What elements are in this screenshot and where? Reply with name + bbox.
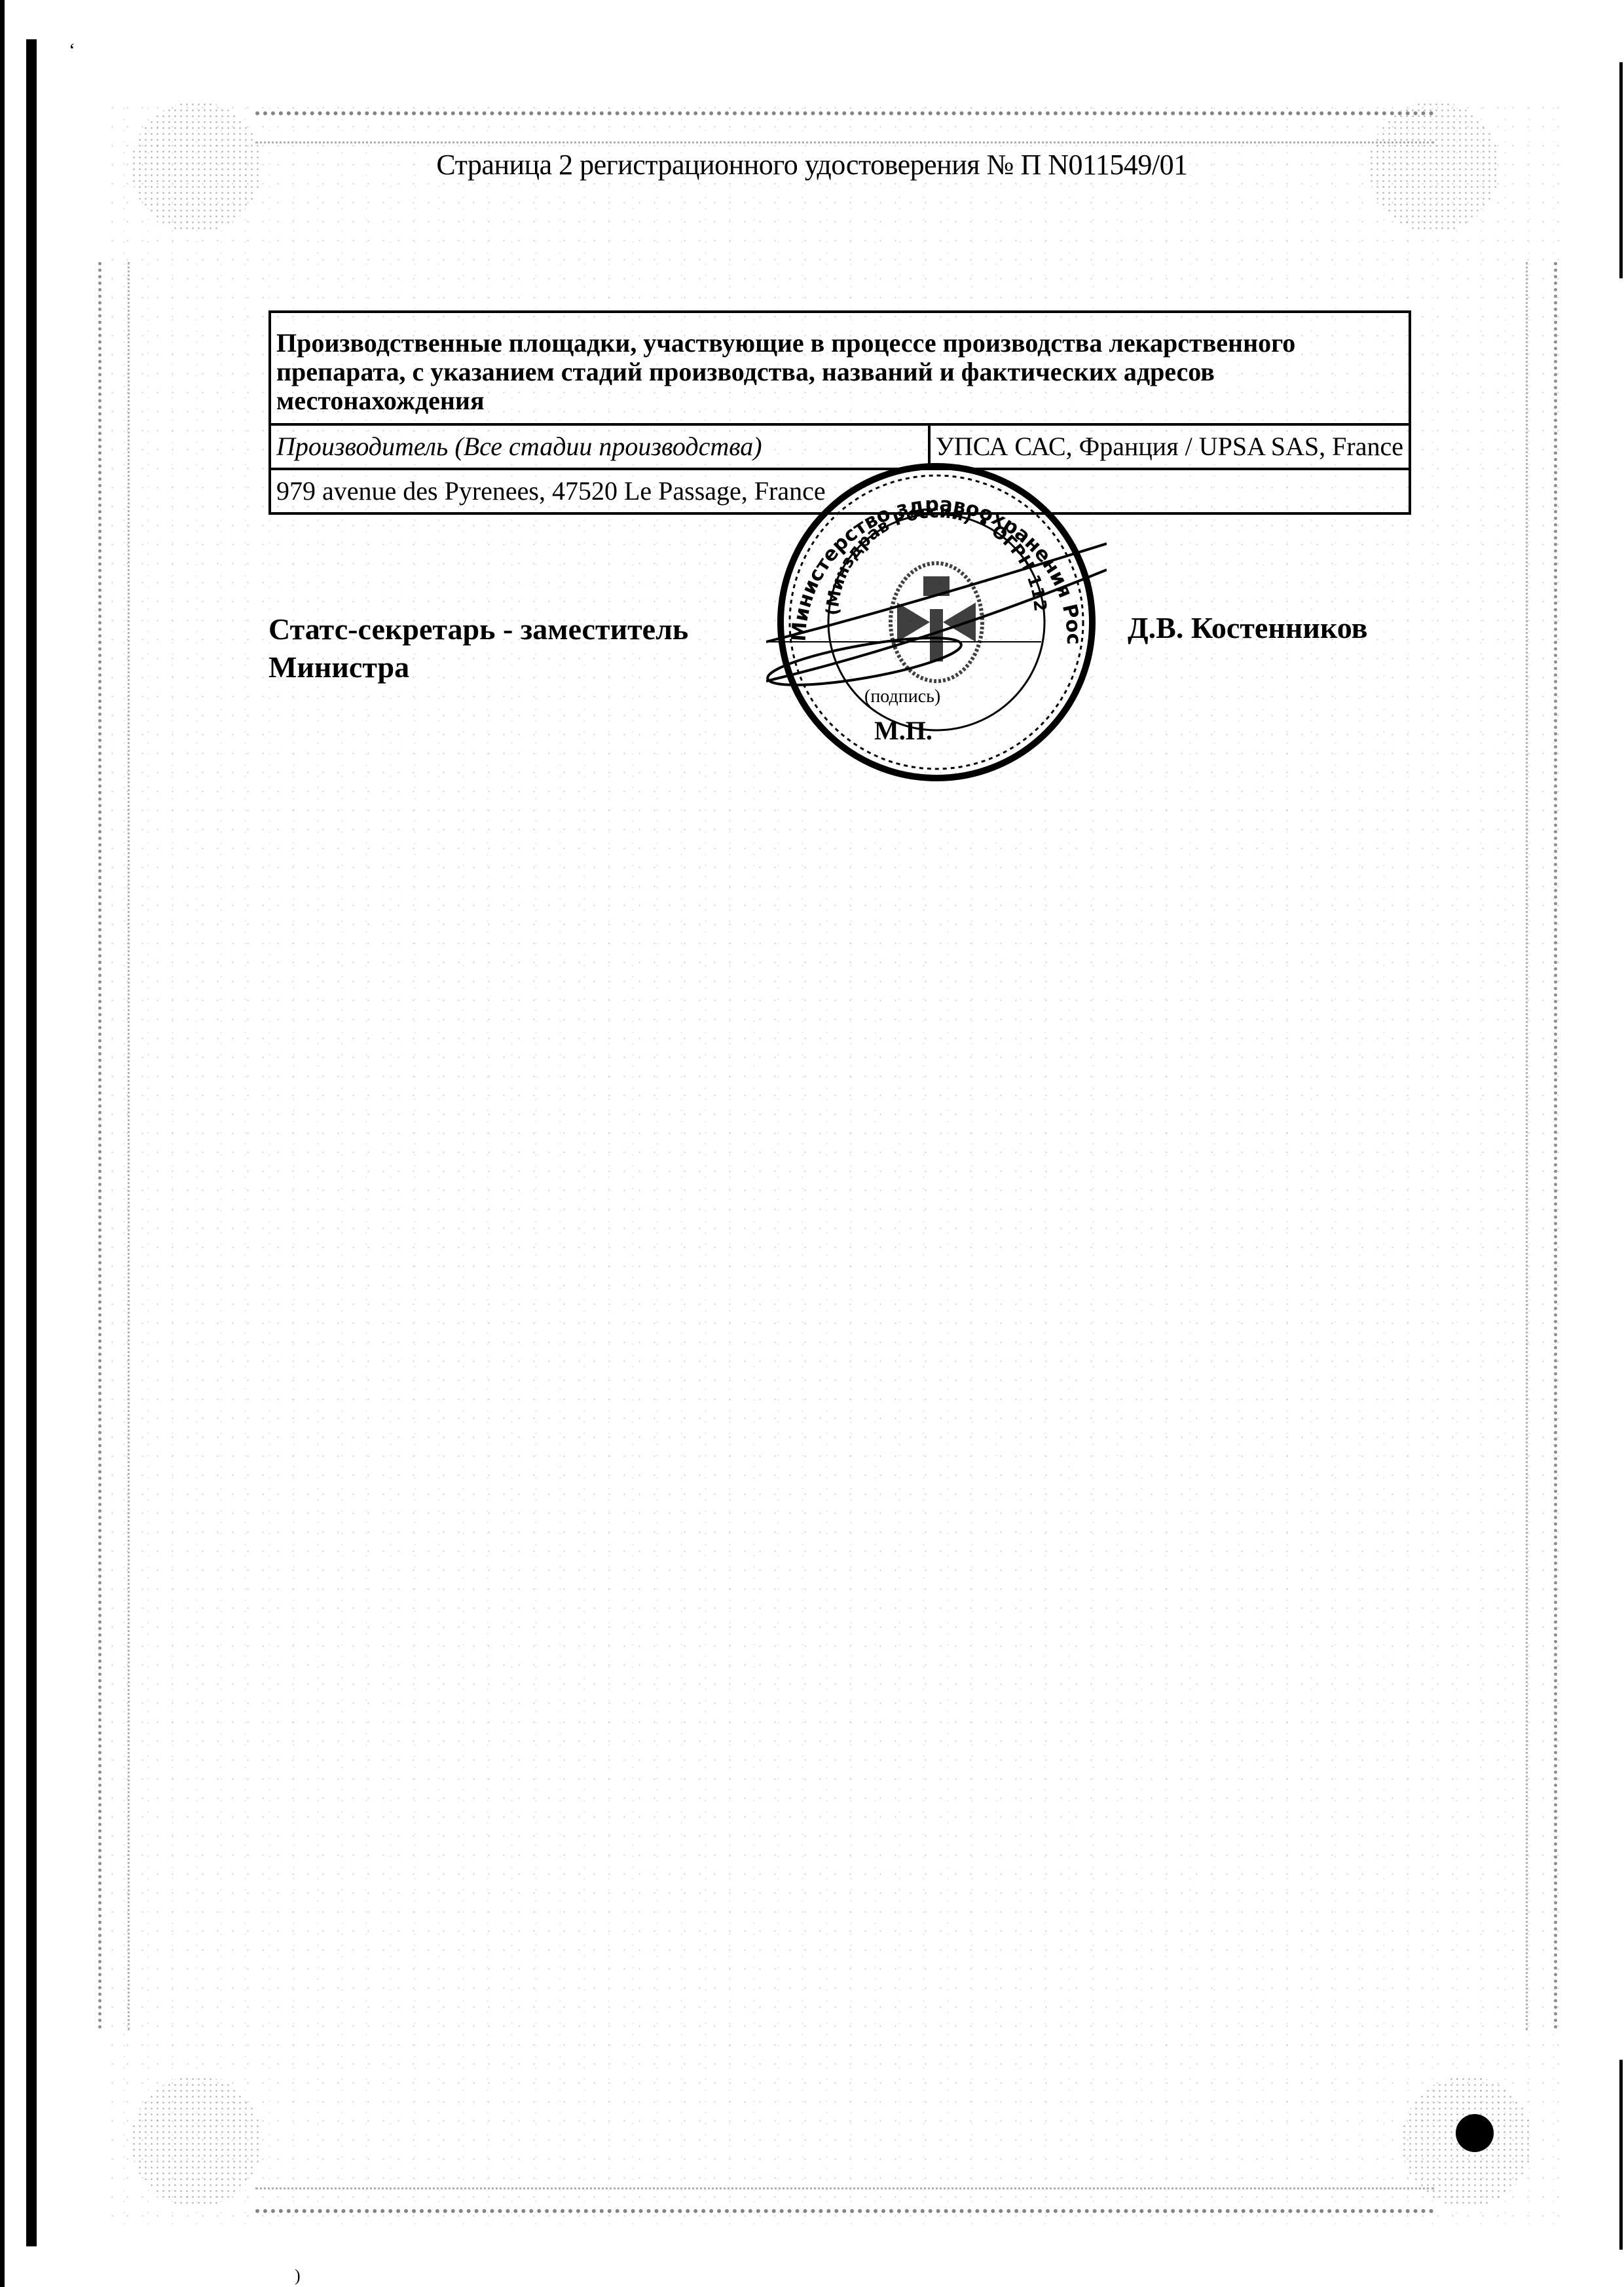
scan-edge-bar [26,39,37,2246]
table-header-row: Производственные площадки, участвующие в… [270,312,1410,424]
ornamental-border-right [1526,262,1557,2030]
ornamental-border-bottom [255,2187,1434,2213]
signature-hint: (подпись) [864,686,940,707]
ornamental-border-top [255,111,1434,143]
signatory-title-line1: Статс-секретарь - заместитель [268,610,688,648]
table-heading: Производственные площадки, участвующие в… [270,312,1410,424]
signatory-name: Д.В. Костенников [1128,610,1367,645]
stamp-outer-text: Министерство здравоохранения Российской … [766,445,1085,645]
svg-text:Министерство здравоохранения Р: Министерство здравоохранения Российской … [766,445,1085,645]
page-title: Страница 2 регистрационного удостоверени… [0,148,1624,181]
scan-edge-right-bottom [1619,2060,1623,2250]
seal-mark: М.П. [874,715,932,746]
signatory-title-line2: Министра [268,648,688,686]
hole-punch-mark [1456,2114,1494,2152]
rosette-ornament-icon [131,2076,262,2207]
scan-edge-left [0,0,5,2287]
ornamental-border-left [98,262,130,2030]
scan-tick-mark: ‘ [69,39,75,62]
scan-tick-mark: ) [295,2266,301,2286]
official-seal-icon: Министерство здравоохранения Российской … [766,445,1107,786]
signatory-title: Статс-секретарь - заместитель Министра [268,610,688,686]
